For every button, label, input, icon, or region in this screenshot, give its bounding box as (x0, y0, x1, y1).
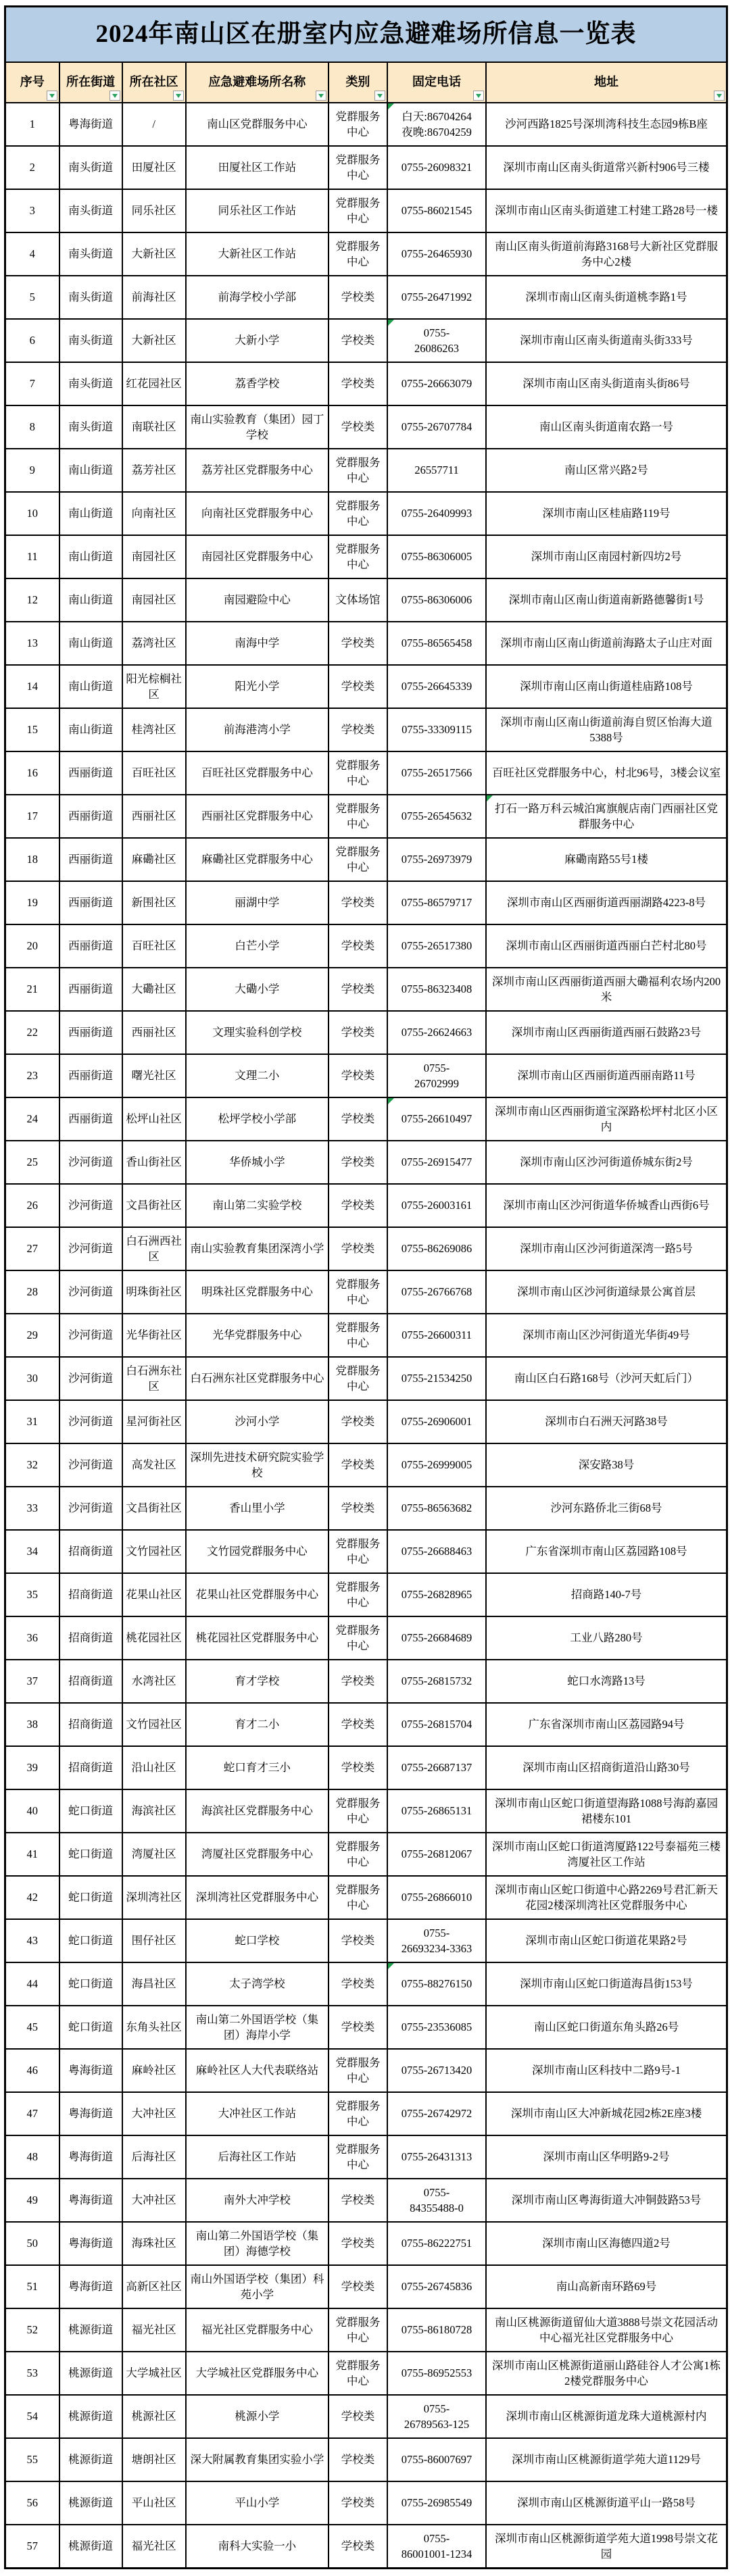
cell-name: 海滨社区党群服务中心 (186, 1789, 328, 1833)
cell-category: 学校类 (328, 1011, 387, 1054)
arrow-down-icon (49, 94, 55, 98)
cell-no: 22 (5, 1011, 59, 1054)
cell-address: 深圳市白石洲天河路38号 (486, 1400, 727, 1443)
cell-community: 明珠街社区 (122, 1270, 186, 1314)
cell-community: 文竹园社区 (122, 1530, 186, 1573)
cell-name: 向南社区党群服务中心 (186, 492, 328, 535)
table-row: 41蛇口街道湾厦社区湾厦社区党群服务中心党群服务中心0755-26812067深… (5, 1833, 727, 1876)
table-row: 18西丽街道麻磡社区麻磡社区党群服务中心党群服务中心0755-26973979麻… (5, 838, 727, 881)
table-row: 4南头街道大新社区大新社区工作站党群服务中心0755-26465930南山区南头… (5, 232, 727, 276)
table-row: 1粤海街道/南山区党群服务中心党群服务中心白天:86704264 夜晚:8670… (5, 103, 727, 146)
cell-street: 南山街道 (59, 492, 122, 535)
cell-category: 学校类 (328, 1487, 387, 1530)
cell-phone: 0755-26745836 (387, 2265, 486, 2308)
cell-no: 51 (5, 2265, 59, 2308)
cell-no: 40 (5, 1789, 59, 1833)
cell-name: 麻岭社区人大代表联络站 (186, 2049, 328, 2092)
cell-street: 西丽街道 (59, 751, 122, 795)
cell-community: 前海社区 (122, 276, 186, 319)
cell-phone: 0755-86222751 (387, 2222, 486, 2265)
cell-no: 13 (5, 622, 59, 665)
table-row: 26沙河街道文昌街社区南山第二实验学校学校类0755-26003161深圳市南山… (5, 1184, 727, 1227)
cell-street: 南山街道 (59, 622, 122, 665)
cell-phone: 0755- 26086263 (387, 319, 486, 362)
cell-category: 学校类 (328, 665, 387, 708)
cell-category: 学校类 (328, 1400, 387, 1443)
cell-address: 麻磡南路55号1楼 (486, 838, 727, 881)
cell-phone: 0755-86952553 (387, 2352, 486, 2395)
table-row: 46粤海街道麻岭社区麻岭社区人大代表联络站党群服务中心0755-26713420… (5, 2049, 727, 2092)
cell-address: 南山区常兴路2号 (486, 449, 727, 492)
filter-dropdown-icon[interactable] (109, 91, 120, 101)
cell-community: 桃花园社区 (122, 1616, 186, 1660)
cell-name: 西丽社区党群服务中心 (186, 795, 328, 838)
cell-address: 深圳市南山区南山街道前海路太子山庄对面 (486, 622, 727, 665)
cell-phone: 0755-26098321 (387, 146, 486, 189)
cell-street: 桃源街道 (59, 2438, 122, 2481)
cell-address: 深圳市南山区南山街道南新路德馨街1号 (486, 578, 727, 622)
cell-street: 沙河街道 (59, 1141, 122, 1184)
cell-address: 南山区南头街道前海路3168号大新社区党群服务中心2楼 (486, 232, 727, 276)
cell-no: 56 (5, 2481, 59, 2525)
cell-street: 粤海街道 (59, 103, 122, 146)
cell-address: 深圳市南山区华明路9-2号 (486, 2135, 727, 2179)
cell-community: 西丽社区 (122, 1011, 186, 1054)
cell-community: 大学城社区 (122, 2352, 186, 2395)
cell-category: 党群服务中心 (328, 1314, 387, 1357)
cell-category: 党群服务中心 (328, 2135, 387, 2179)
table-row: 11南山街道南园社区南园社区党群服务中心党群服务中心0755-86306005深… (5, 535, 727, 578)
cell-name: 田厦社区工作站 (186, 146, 328, 189)
cell-phone: 0755-26465930 (387, 232, 486, 276)
cell-address: 南山高新南环路69号 (486, 2265, 727, 2308)
table-row: 44蛇口街道海昌社区太子湾学校学校类0755-88276150深圳市南山区蛇口街… (5, 1962, 727, 2006)
cell-community: / (122, 103, 186, 146)
filter-dropdown-icon[interactable] (173, 91, 184, 101)
cell-community: 南园社区 (122, 535, 186, 578)
cell-category: 学校类 (328, 1443, 387, 1487)
cell-street: 桃源街道 (59, 2525, 122, 2569)
cell-street: 南头街道 (59, 405, 122, 449)
cell-no: 23 (5, 1054, 59, 1097)
cell-name: 南外大冲学校 (186, 2179, 328, 2222)
table-row: 15南山街道桂湾社区前海港湾小学学校类0755-33309115深圳市南山区南山… (5, 708, 727, 751)
cell-address: 深圳市南山区桃源街道丽山路硅谷人才公寓1栋2楼党群服务中心 (486, 2352, 727, 2395)
cell-community: 曙光社区 (122, 1054, 186, 1097)
table-row: 6南头街道大新社区大新小学学校类0755- 26086263深圳市南山区南头街道… (5, 319, 727, 362)
column-header-address: 地址 (486, 62, 727, 103)
cell-name: 太子湾学校 (186, 1962, 328, 2006)
table-row: 43蛇口街道围仔社区蛇口学校学校类0755- 26693234-3363深圳市南… (5, 1919, 727, 1962)
filter-dropdown-icon[interactable] (47, 91, 57, 101)
cell-street: 南头街道 (59, 362, 122, 405)
arrow-down-icon (318, 94, 324, 98)
cell-no: 30 (5, 1357, 59, 1400)
table-row: 57桃源街道福光社区南科大实验一小学校类0755- 86001001-1234深… (5, 2525, 727, 2569)
table-row: 34招商街道文竹园社区文竹园党群服务中心党群服务中心0755-26688463广… (5, 1530, 727, 1573)
table-row: 7南头街道红花园社区荔香学校学校类0755-26663079深圳市南山区南头街道… (5, 362, 727, 405)
cell-name: 南山实验教育集团深湾小学 (186, 1227, 328, 1270)
cell-community: 大新社区 (122, 319, 186, 362)
cell-no: 54 (5, 2395, 59, 2438)
cell-name: 深圳湾社区党群服务中心 (186, 1876, 328, 1919)
cell-category: 文体场馆 (328, 578, 387, 622)
cell-phone: 0755-26985549 (387, 2481, 486, 2525)
cell-street: 桃源街道 (59, 2481, 122, 2525)
cell-address: 深圳市南山区西丽街道西丽白芒村北80号 (486, 924, 727, 968)
table-row: 52桃源街道福光社区福光社区党群服务中心党群服务中心0755-86180728南… (5, 2308, 727, 2352)
cell-name: 大学城社区党群服务中心 (186, 2352, 328, 2395)
cell-name: 文理实验科创学校 (186, 1011, 328, 1054)
cell-street: 南山街道 (59, 708, 122, 751)
cell-street: 招商街道 (59, 1703, 122, 1746)
column-header-label: 地址 (594, 75, 618, 89)
cell-no: 28 (5, 1270, 59, 1314)
cell-name: 光华党群服务中心 (186, 1314, 328, 1357)
cell-category: 党群服务中心 (328, 232, 387, 276)
cell-address: 深圳市南山区南山街道前海自贸区怡海大道5388号 (486, 708, 727, 751)
cell-no: 15 (5, 708, 59, 751)
cell-no: 34 (5, 1530, 59, 1573)
cell-address: 深圳市南山区西丽街道西丽石鼓路23号 (486, 1011, 727, 1054)
cell-phone: 0755- 26693234-3363 (387, 1919, 486, 1962)
cell-community: 红花园社区 (122, 362, 186, 405)
table-row: 2南头街道田厦社区田厦社区工作站党群服务中心0755-26098321深圳市南山… (5, 146, 727, 189)
cell-no: 17 (5, 795, 59, 838)
cell-no: 32 (5, 1443, 59, 1487)
cell-phone: 0755-26707784 (387, 405, 486, 449)
cell-address: 招商路140-7号 (486, 1573, 727, 1616)
table-row: 39招商街道沿山社区蛇口育才三小学校类0755-26687137深圳市南山区招商… (5, 1746, 727, 1789)
cell-street: 桃源街道 (59, 2308, 122, 2352)
cell-community: 麻磡社区 (122, 838, 186, 881)
cell-address: 深圳市南山区桃源街道学苑大道1998号崇文花园 (486, 2525, 727, 2569)
cell-name: 南山第二外国语学校（集团）海德学校 (186, 2222, 328, 2265)
table-row: 33沙河街道文昌街社区香山里小学学校类0755-86563682沙河东路侨北三街… (5, 1487, 727, 1530)
cell-street: 南山街道 (59, 578, 122, 622)
cell-address: 南山区蛇口街道东角头路26号 (486, 2006, 727, 2049)
table-row: 27沙河街道白石洲西社区南山实验教育集团深湾小学学校类0755-86269086… (5, 1227, 727, 1270)
cell-phone: 白天:86704264 夜晚:86704259 (387, 103, 486, 146)
cell-no: 10 (5, 492, 59, 535)
table-row: 19西丽街道新围社区丽湖中学学校类0755-86579717深圳市南山区西丽街道… (5, 881, 727, 924)
cell-address: 深安路38号 (486, 1443, 727, 1487)
cell-community: 白石洲西社区 (122, 1227, 186, 1270)
table-row: 25沙河街道香山街社区华侨城小学学校类0755-26915477深圳市南山区沙河… (5, 1141, 727, 1184)
cell-no: 57 (5, 2525, 59, 2569)
table-row: 51粤海街道高新区社区南山外国语学校（集团）科苑小学学校类0755-267458… (5, 2265, 727, 2308)
cell-phone: 0755-26624663 (387, 1011, 486, 1054)
cell-phone: 0755-26663079 (387, 362, 486, 405)
cell-address: 深圳市南山区西丽街道西丽大磡福利农场内200米 (486, 968, 727, 1011)
cell-category: 学校类 (328, 2265, 387, 2308)
cell-phone: 0755-26471992 (387, 276, 486, 319)
cell-category: 党群服务中心 (328, 189, 387, 232)
cell-phone: 0755-26684689 (387, 1616, 486, 1660)
cell-street: 西丽街道 (59, 924, 122, 968)
table-row: 37招商街道水湾社区育才学校学校类0755-26815732蛇口水湾路13号 (5, 1660, 727, 1703)
cell-phone: 0755-26815732 (387, 1660, 486, 1703)
cell-community: 大冲社区 (122, 2092, 186, 2135)
cell-address: 蛇口水湾路13号 (486, 1660, 727, 1703)
cell-address: 深圳市南山区西丽街道西丽湖路4223-8号 (486, 881, 727, 924)
cell-community: 向南社区 (122, 492, 186, 535)
arrow-down-icon (476, 94, 481, 98)
cell-name: 南山实验教育（集团）园丁学校 (186, 405, 328, 449)
cell-name: 桃花园社区党群服务中心 (186, 1616, 328, 1660)
cell-name: 华侨城小学 (186, 1141, 328, 1184)
cell-community: 荔湾社区 (122, 622, 186, 665)
cell-street: 沙河街道 (59, 1443, 122, 1487)
cell-street: 南头街道 (59, 189, 122, 232)
cell-no: 41 (5, 1833, 59, 1876)
cell-name: 百旺社区党群服务中心 (186, 751, 328, 795)
table-row: 9南山街道荔芳社区荔芳社区党群服务中心党群服务中心26557711南山区常兴路2… (5, 449, 727, 492)
cell-community: 百旺社区 (122, 751, 186, 795)
cell-address: 深圳市南山区蛇口街道湾厦路122号泰福苑三楼湾厦社区工作站 (486, 1833, 727, 1876)
cell-no: 39 (5, 1746, 59, 1789)
table-row: 47粤海街道大冲社区大冲社区工作站党群服务中心0755-26742972深圳市南… (5, 2092, 727, 2135)
cell-no: 42 (5, 1876, 59, 1919)
cell-street: 西丽街道 (59, 1097, 122, 1141)
cell-community: 花果山社区 (122, 1573, 186, 1616)
cell-name: 深圳先进技术研究院实验学校 (186, 1443, 328, 1487)
filter-dropdown-icon[interactable] (316, 91, 326, 101)
cell-name: 南海中学 (186, 622, 328, 665)
column-header-label: 序号 (20, 75, 45, 89)
cell-address: 深圳市南山区沙河街道深湾一路5号 (486, 1227, 727, 1270)
cell-phone: 0755-26999005 (387, 1443, 486, 1487)
cell-no: 43 (5, 1919, 59, 1962)
cell-category: 学校类 (328, 1141, 387, 1184)
cell-street: 蛇口街道 (59, 1919, 122, 1962)
cell-category: 学校类 (328, 405, 387, 449)
cell-address: 深圳市南山区蛇口街道花果路2号 (486, 1919, 727, 1962)
cell-category: 学校类 (328, 2179, 387, 2222)
table-row: 10南山街道向南社区向南社区党群服务中心党群服务中心0755-26409993深… (5, 492, 727, 535)
cell-community: 塘朗社区 (122, 2438, 186, 2481)
cell-no: 45 (5, 2006, 59, 2049)
column-header-label: 固定电话 (412, 75, 461, 89)
cell-name: 桃源小学 (186, 2395, 328, 2438)
cell-phone: 0755-26517566 (387, 751, 486, 795)
cell-phone: 0755-26517380 (387, 924, 486, 968)
cell-category: 学校类 (328, 319, 387, 362)
arrow-down-icon (176, 94, 181, 98)
cell-phone: 0755-86180728 (387, 2308, 486, 2352)
cell-street: 桃源街道 (59, 2352, 122, 2395)
cell-address: 工业八路280号 (486, 1616, 727, 1660)
cell-name: 大冲社区工作站 (186, 2092, 328, 2135)
cell-address: 深圳市南山区招商街道沿山路30号 (486, 1746, 727, 1789)
cell-category: 学校类 (328, 1919, 387, 1962)
cell-phone: 0755-86021545 (387, 189, 486, 232)
cell-community: 后海社区 (122, 2135, 186, 2179)
cell-community: 海珠社区 (122, 2222, 186, 2265)
cell-phone: 0755-26687137 (387, 1746, 486, 1789)
cell-street: 南山街道 (59, 665, 122, 708)
cell-community: 松坪山社区 (122, 1097, 186, 1141)
cell-address: 南山区桃源街道留仙大道3888号崇文花园活动中心福光社区党群服务中心 (486, 2308, 727, 2352)
cell-community: 西丽社区 (122, 795, 186, 838)
cell-phone: 0755-86007697 (387, 2438, 486, 2481)
cell-street: 西丽街道 (59, 795, 122, 838)
cell-community: 文竹园社区 (122, 1703, 186, 1746)
cell-address: 沙河西路1825号深圳湾科技生态园9栋B座 (486, 103, 727, 146)
cell-category: 党群服务中心 (328, 103, 387, 146)
cell-category: 党群服务中心 (328, 1789, 387, 1833)
cell-street: 招商街道 (59, 1660, 122, 1703)
cell-street: 蛇口街道 (59, 1962, 122, 2006)
cell-name: 南科大实验一小 (186, 2525, 328, 2569)
cell-no: 8 (5, 405, 59, 449)
table-row: 36招商街道桃花园社区桃花园社区党群服务中心党群服务中心0755-2668468… (5, 1616, 727, 1660)
cell-phone: 0755-23536085 (387, 2006, 486, 2049)
cell-category: 党群服务中心 (328, 146, 387, 189)
table-row: 53桃源街道大学城社区大学城社区党群服务中心党群服务中心0755-8695255… (5, 2352, 727, 2395)
cell-category: 学校类 (328, 1054, 387, 1097)
cell-no: 52 (5, 2308, 59, 2352)
filter-dropdown-icon[interactable] (714, 91, 725, 101)
table-row: 45蛇口街道东角头社区南山第二外国语学校（集团）海岸小学学校类0755-2353… (5, 2006, 727, 2049)
cell-no: 31 (5, 1400, 59, 1443)
table-row: 30沙河街道白石洲东社区白石洲东社区党群服务中心党群服务中心0755-21534… (5, 1357, 727, 1400)
table-row: 29沙河街道光华街社区光华党群服务中心党群服务中心0755-26600311深圳… (5, 1314, 727, 1357)
cell-phone: 0755-26915477 (387, 1141, 486, 1184)
table-row: 3南头街道同乐社区同乐社区工作站党群服务中心0755-86021545深圳市南山… (5, 189, 727, 232)
cell-street: 招商街道 (59, 1616, 122, 1660)
cell-address: 百旺社区党群服务中心，村北96号，3楼会议室 (486, 751, 727, 795)
cell-street: 西丽街道 (59, 1054, 122, 1097)
cell-street: 西丽街道 (59, 881, 122, 924)
cell-street: 西丽街道 (59, 838, 122, 881)
cell-no: 55 (5, 2438, 59, 2481)
cell-community: 高新区社区 (122, 2265, 186, 2308)
table-row: 49粤海街道大冲社区南外大冲学校学校类0755- 84355488-0深圳市南山… (5, 2179, 727, 2222)
cell-community: 福光社区 (122, 2308, 186, 2352)
cell-category: 学校类 (328, 1746, 387, 1789)
cell-address: 深圳市南山区沙河街道绿景公寓首层 (486, 1270, 727, 1314)
cell-phone: 0755-26713420 (387, 2049, 486, 2092)
cell-no: 19 (5, 881, 59, 924)
cell-category: 党群服务中心 (328, 449, 387, 492)
cell-name: 大磡小学 (186, 968, 328, 1011)
cell-no: 21 (5, 968, 59, 1011)
cell-phone: 0755-26766768 (387, 1270, 486, 1314)
cell-address: 深圳市南山区西丽街道西丽南路11号 (486, 1054, 727, 1097)
filter-dropdown-icon[interactable] (374, 91, 385, 101)
cell-address: 深圳市南山区蛇口街道中心路2269号君汇新天花园2楼深圳湾社区党群服务中心 (486, 1876, 727, 1919)
cell-no: 4 (5, 232, 59, 276)
cell-category: 学校类 (328, 708, 387, 751)
cell-name: 南山区党群服务中心 (186, 103, 328, 146)
cell-name: 前海港湾小学 (186, 708, 328, 751)
cell-category: 学校类 (328, 1660, 387, 1703)
cell-name: 香山里小学 (186, 1487, 328, 1530)
cell-phone: 0755- 84355488-0 (387, 2179, 486, 2222)
cell-name: 花果山社区党群服务中心 (186, 1573, 328, 1616)
cell-no: 16 (5, 751, 59, 795)
cell-category: 党群服务中心 (328, 2049, 387, 2092)
table-row: 48粤海街道后海社区后海社区工作站党群服务中心0755-26431313深圳市南… (5, 2135, 727, 2179)
table-row: 22西丽街道西丽社区文理实验科创学校学校类0755-26624663深圳市南山区… (5, 1011, 727, 1054)
cell-address: 深圳市南山区南园村新四坊2号 (486, 535, 727, 578)
cell-no: 6 (5, 319, 59, 362)
cell-street: 蛇口街道 (59, 1789, 122, 1833)
cell-street: 南头街道 (59, 146, 122, 189)
cell-phone: 0755-26828965 (387, 1573, 486, 1616)
cell-community: 围仔社区 (122, 1919, 186, 1962)
cell-no: 36 (5, 1616, 59, 1660)
cell-street: 沙河街道 (59, 1487, 122, 1530)
cell-community: 东角头社区 (122, 2006, 186, 2049)
worksheet: 2024年南山区在册室内应急避难场所信息一览表 序号 所在街道 所在社区 应急避… (0, 0, 730, 2576)
cell-community: 阳光棕榈社区 (122, 665, 186, 708)
cell-street: 粤海街道 (59, 2092, 122, 2135)
cell-no: 20 (5, 924, 59, 968)
cell-name: 后海社区工作站 (186, 2135, 328, 2179)
cell-community: 百旺社区 (122, 924, 186, 968)
filter-dropdown-icon[interactable] (473, 91, 484, 101)
cell-address: 深圳市南山区蛇口街道望海路1088号海韵嘉园裙楼东101 (486, 1789, 727, 1833)
cell-name: 明珠社区党群服务中心 (186, 1270, 328, 1314)
table-row: 24西丽街道松坪山社区松坪学校小学部学校类0755-26610497深圳市南山区… (5, 1097, 727, 1141)
cell-street: 招商街道 (59, 1746, 122, 1789)
cell-street: 沙河街道 (59, 1184, 122, 1227)
table-row: 56桃源街道平山社区平山小学学校类0755-26985549深圳市南山区桃源街道… (5, 2481, 727, 2525)
column-header-name: 应急避难场所名称 (186, 62, 328, 103)
cell-name: 育才学校 (186, 1660, 328, 1703)
cell-community: 文昌街社区 (122, 1487, 186, 1530)
cell-community: 荔芳社区 (122, 449, 186, 492)
cell-street: 招商街道 (59, 1573, 122, 1616)
cell-community: 南园社区 (122, 578, 186, 622)
cell-street: 桃源街道 (59, 2395, 122, 2438)
cell-community: 新围社区 (122, 881, 186, 924)
cell-street: 蛇口街道 (59, 1876, 122, 1919)
cell-no: 25 (5, 1141, 59, 1184)
cell-category: 学校类 (328, 276, 387, 319)
cell-address: 南山区南头街道南农路一号 (486, 405, 727, 449)
cell-address: 深圳市南山区西丽街道宝深路松坪村北区小区内 (486, 1097, 727, 1141)
cell-address: 深圳市南山区沙河街道华侨城香山西街6号 (486, 1184, 727, 1227)
cell-category: 党群服务中心 (328, 795, 387, 838)
cell-community: 深圳湾社区 (122, 1876, 186, 1919)
cell-name: 丽湖中学 (186, 881, 328, 924)
cell-no: 53 (5, 2352, 59, 2395)
cell-phone: 0755-21534250 (387, 1357, 486, 1400)
cell-community: 大新社区 (122, 232, 186, 276)
table-row: 23西丽街道曙光社区文理二小学校类0755- 26702999深圳市南山区西丽街… (5, 1054, 727, 1097)
cell-category: 党群服务中心 (328, 1833, 387, 1876)
cell-address: 打石一路万科云城泊寓旗舰店南门西丽社区党群服务中心 (486, 795, 727, 838)
cell-category: 学校类 (328, 362, 387, 405)
cell-address: 深圳市南山区桂庙路119号 (486, 492, 727, 535)
title-row: 2024年南山区在册室内应急避难场所信息一览表 (5, 7, 727, 63)
cell-phone: 0755-86306006 (387, 578, 486, 622)
cell-phone: 0755-26431313 (387, 2135, 486, 2179)
cell-name: 深大附属教育集团实验小学 (186, 2438, 328, 2481)
cell-address: 深圳市南山区桃源街道平山一路58号 (486, 2481, 727, 2525)
cell-address: 广东省深圳市南山区荔园路94号 (486, 1703, 727, 1746)
cell-name: 大新社区工作站 (186, 232, 328, 276)
column-header-label: 应急避难场所名称 (208, 75, 306, 89)
cell-phone: 0755-26409993 (387, 492, 486, 535)
cell-category: 学校类 (328, 2006, 387, 2049)
cell-error-indicator (388, 320, 394, 326)
cell-category: 党群服务中心 (328, 1357, 387, 1400)
column-header-label: 所在街道 (66, 75, 115, 89)
